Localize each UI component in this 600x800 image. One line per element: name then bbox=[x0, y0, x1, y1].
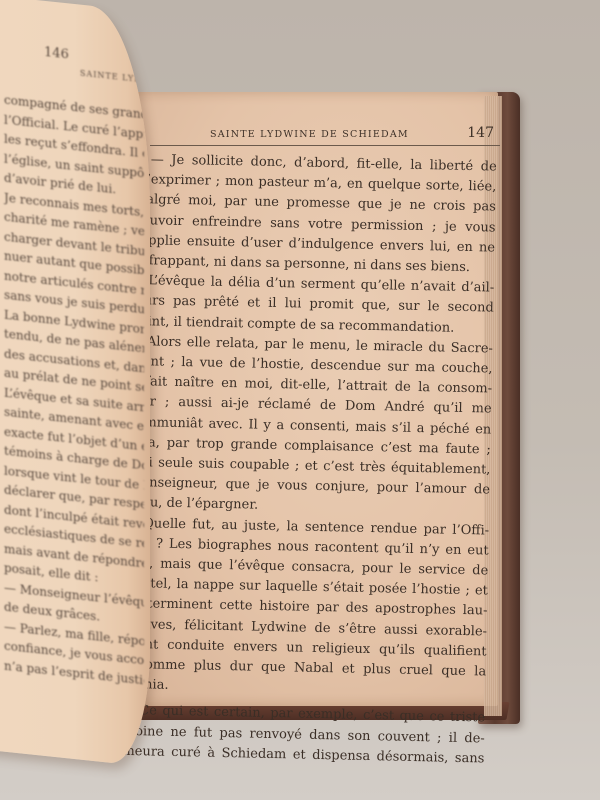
left-page: 146 SAINTE LYDWINE DE SCHIEDAM compagné … bbox=[0, 0, 150, 767]
running-head-title: SAINTE LYDWINE DE SCHIEDAM bbox=[210, 129, 409, 140]
left-running-head: SAINTE LYDWINE DE SCHIEDAM bbox=[80, 69, 150, 96]
left-page-number: 146 bbox=[44, 45, 69, 63]
right-page-body-text: — Je sollicite donc, d’abord, fit-elle, … bbox=[122, 150, 497, 770]
left-page-content: 146 SAINTE LYDWINE DE SCHIEDAM compagné … bbox=[0, 0, 150, 767]
left-page-body-text: compagné de ses grands vicaires, àl’Offi… bbox=[4, 91, 144, 691]
page-number: 147 bbox=[467, 125, 494, 141]
photo-scene: SAINTE LYDWINE DE SCHIEDAM 147 — Je soll… bbox=[0, 0, 600, 800]
running-head: SAINTE LYDWINE DE SCHIEDAM 147 bbox=[150, 125, 500, 146]
